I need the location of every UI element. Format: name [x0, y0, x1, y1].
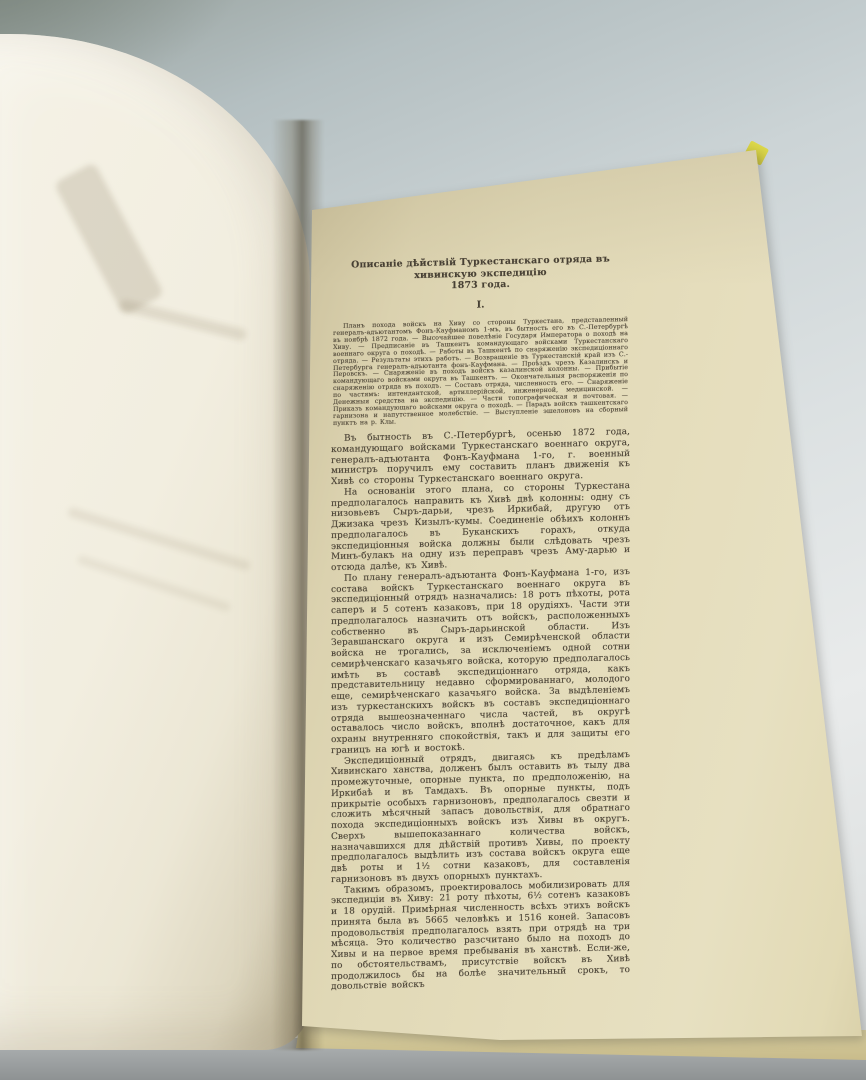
section-number: I. — [331, 297, 630, 314]
show-through-smudge — [53, 162, 164, 316]
body-text: Въ бытность въ С.-Петербургѣ, осенью 187… — [331, 427, 630, 993]
right-page-surface: Описаніе дѣйствій Туркестанскаго отряда … — [290, 138, 866, 1060]
show-through-smudge — [118, 298, 247, 341]
body-paragraph: На основаніи этого плана, со стороны Тур… — [331, 481, 630, 574]
body-paragraph: Такимъ образомъ, проектировалось мобилиз… — [331, 879, 630, 994]
chapter-title: Описаніе дѣйствій Туркестанскаго отряда … — [331, 253, 630, 295]
body-paragraph: Экспедиціонный отрядъ, двигаясь къ предѣ… — [331, 750, 630, 886]
left-page — [0, 34, 310, 1050]
book-photo: Описаніе дѣйствій Туркестанскаго отряда … — [0, 0, 866, 1080]
chapter-summary: Планъ похода войскъ на Хиву со стороны Т… — [333, 317, 628, 428]
body-paragraph: Въ бытность въ С.-Петербургѣ, осенью 187… — [331, 427, 630, 488]
show-through-smudge — [77, 554, 232, 612]
right-page: Описаніе дѣйствій Туркестанскаго отряда … — [290, 138, 866, 1060]
body-paragraph: По плану генералъ-адъютанта Фонъ-Кауфман… — [331, 567, 630, 757]
page-text-block: Описаніе дѣйствій Туркестанскаго отряда … — [331, 253, 630, 993]
